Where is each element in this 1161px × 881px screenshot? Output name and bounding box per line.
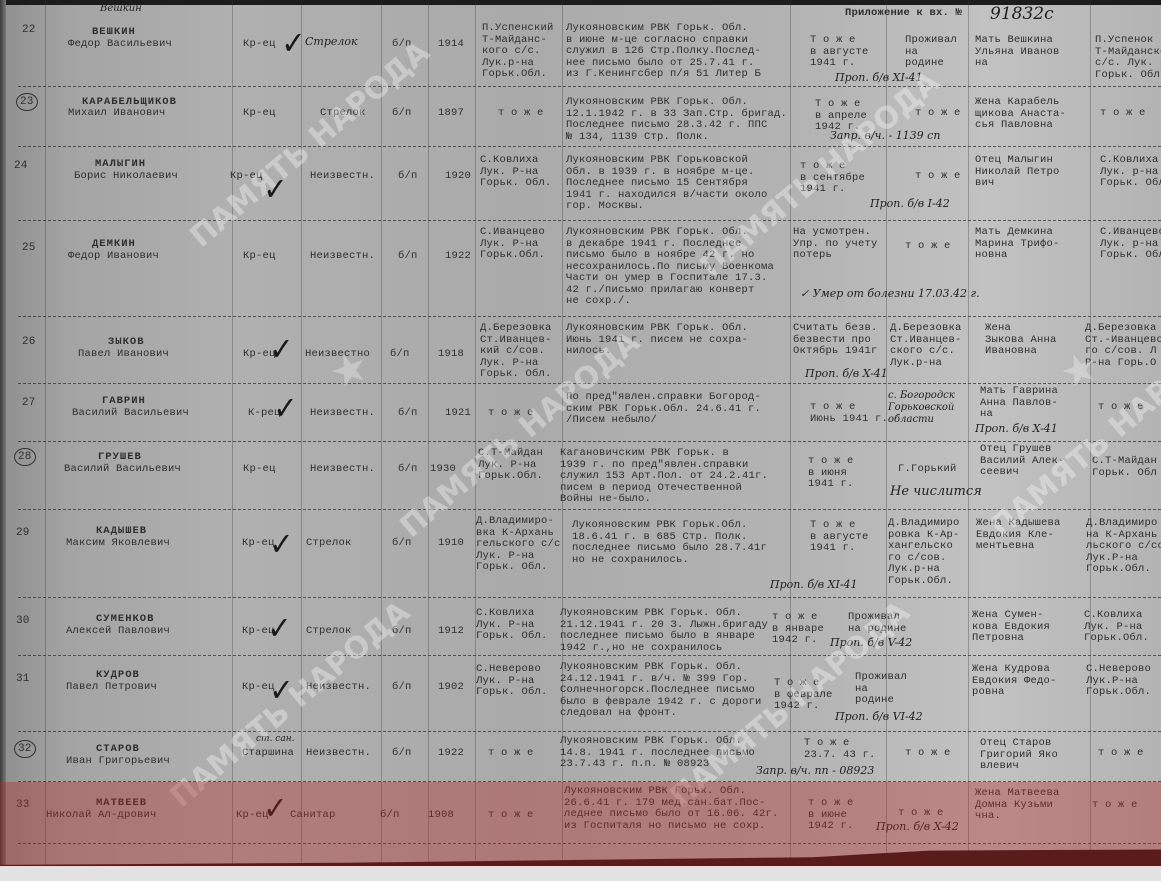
- surname: КУДРОВ: [96, 670, 140, 682]
- conscription-info: По пред"явлен.справки Богород- ским РВК …: [566, 392, 761, 427]
- relative-address: П.Успенок Т-Майданско с/с. Лук. р- Горьк…: [1095, 35, 1161, 81]
- checkmark-icon: ✓: [267, 612, 291, 644]
- party: б/п: [398, 408, 418, 420]
- party: б/п: [392, 108, 412, 120]
- birthplace: С.Ковлиха Лук. Р-на Горьк. Обл.: [476, 608, 548, 643]
- handwritten-annotation: ✓ Умер от болезни 17.03.42 г.: [800, 287, 980, 300]
- conscription-info: Лукояновским РВК Горьк. Обл. Июнь 1941 г…: [566, 323, 748, 358]
- missing-since: т о ж е в июня 1941 г.: [808, 456, 854, 491]
- relative: Мать Вешкина Ульяна Иванов на: [975, 35, 1060, 70]
- row-number: 31: [16, 674, 30, 686]
- checkmark-icon: ✓: [281, 27, 305, 59]
- relative-address: С.Неверово Лук.Р-на Горьк.Обл.: [1086, 664, 1151, 699]
- given-name: Павел Петрович: [66, 682, 157, 694]
- conscription-info: Лукояновским РВК Горьк. Обл. 24.12.1941 …: [560, 662, 762, 720]
- relative: Жена Кудрова Евдокия Федо- ровна: [972, 664, 1057, 699]
- relative: Жена Сумен- кова Евдокия Петровна: [972, 610, 1050, 645]
- checkmark-icon: ✓: [269, 674, 293, 706]
- table-row: 26 ЗЫКОВ Павел Иванович Кр-ец ✓ Неизвест…: [0, 317, 1161, 384]
- surname: ГАВРИН: [102, 396, 146, 408]
- specialty: Неизвестн.: [310, 464, 375, 476]
- specialty: Стрелок: [306, 626, 352, 638]
- surname: КАДЫШЕВ: [96, 526, 147, 538]
- missing-since: т о ж е в сентябре 1941 г.: [800, 161, 865, 196]
- last-address: т о ж е: [915, 108, 961, 120]
- conscription-info: Лукояновским РВК Горьк. Обл. 14.8. 1941 …: [560, 736, 755, 771]
- birthplace: П.Успенский Т-Майданс- кого с/с. Лук.р-н…: [482, 23, 554, 81]
- handwritten-annotation: Проп. б/в VI-42: [835, 710, 923, 723]
- missing-since: Т о ж е 23.7. 43 г.: [804, 738, 876, 761]
- table-row: 32 СТАРОВ Иван Григорьевич ст. сан. Стар…: [0, 732, 1161, 782]
- missing-since: Т о ж е в августе 1941 г.: [810, 520, 869, 555]
- rank: Кр-ец: [243, 39, 276, 51]
- party: б/п: [398, 171, 418, 183]
- specialty: Неизвестн.: [306, 682, 371, 694]
- row-number: 26: [22, 337, 36, 349]
- relative: Жена Кадышева Евдокия Кле- ментьевна: [976, 518, 1061, 553]
- row-number: 27: [22, 398, 36, 410]
- missing-since: т о ж е Июнь 1941 г.: [810, 402, 888, 425]
- relative-address: т о ж е: [1098, 748, 1144, 760]
- birthplace: С.Т-Майдан Лук. Р-на Горьк.Обл.: [478, 448, 543, 483]
- birthplace: С.Иванцево Лук. Р-на Горьк.Обл.: [480, 227, 545, 262]
- handwritten-annotation: Проп. б/в I-42: [870, 197, 950, 210]
- birth-year: 1921: [445, 408, 471, 420]
- conscription-info: Кагановичским РВК Горьк. в 1939 г. по пр…: [560, 448, 768, 506]
- conscription-info: Лукояновским РВК Горьковской Обл. в 1939…: [566, 155, 768, 213]
- birth-year: 1902: [438, 682, 464, 694]
- specialty: Неизвестн.: [310, 171, 375, 183]
- row-number: 24: [14, 161, 28, 173]
- birthplace: т о ж е: [498, 108, 544, 120]
- handwritten-annotation: Запр. в/ч. пп - 08923: [756, 764, 874, 777]
- birth-year: 1914: [438, 39, 464, 51]
- birthplace: С.Ковлиха Лук. Р-на Горьк. Обл.: [480, 155, 552, 190]
- relative-address: т о ж е: [1098, 402, 1144, 414]
- table-row: 30 СУМЕНКОВ Алексей Павлович Кр-ец ✓ Стр…: [0, 598, 1161, 656]
- missing-since: Считать безв. безвести про Октябрь 1941г: [793, 323, 878, 358]
- relative-address: Д.Владимиро на К-Архань льского с/со Лук…: [1086, 518, 1161, 576]
- relative: Отец Малыгин Николай Петро вич: [975, 155, 1060, 190]
- birthplace: т о ж е: [488, 748, 534, 760]
- party: б/п: [390, 349, 410, 361]
- rank: Кр-ец: [230, 171, 263, 183]
- handwritten-annotation: Проп. б/в XI-41: [835, 71, 923, 84]
- birth-year: 1912: [438, 626, 464, 638]
- relative: Жена Зыкова Анна Ивановна: [985, 323, 1057, 358]
- party: б/п: [392, 626, 412, 638]
- row-number: 23: [16, 93, 38, 111]
- table-row: 25 ДЕМКИН Федор Иванович Кр-ец Неизвестн…: [0, 221, 1161, 317]
- birthplace: т о ж е: [488, 408, 534, 420]
- table-row: 23 КАРАБЕЛЬЩИКОВ Михаил Иванович Кр-ец С…: [0, 87, 1161, 147]
- relative-address: С.Ковлиха Лук. р-на Горьк. Обл.: [1100, 155, 1161, 190]
- birth-year: 1922: [438, 748, 464, 760]
- conscription-info: Лукояновским РВК Горьк.Обл. 18.6.41 г. в…: [572, 520, 767, 566]
- last-address: т о ж е: [905, 748, 951, 760]
- specialty: Неизвестн.: [306, 748, 371, 760]
- surname: СТАРОВ: [96, 744, 140, 756]
- specialty: Стрелок: [320, 108, 366, 120]
- specialty: Неизвестн.: [310, 408, 375, 420]
- last-address: Проживал на родине: [848, 612, 907, 635]
- missing-since: т о ж е в январе 1942 г.: [772, 612, 824, 647]
- birth-year: 1920: [445, 171, 471, 183]
- table-row: 29 КАДЫШЕВ Максим Яковлевич Кр-ец ✓ Стре…: [0, 510, 1161, 598]
- relative-address: Д.Березовка Ст.-Иванцево го с/сов. Л Р-н…: [1085, 323, 1161, 369]
- birth-year: 1918: [438, 349, 464, 361]
- conscription-info: Лукояновским РВК Горьк. Обл. в июне м-це…: [566, 23, 761, 81]
- checkmark-icon: ✓: [269, 528, 293, 560]
- birth-year: 1897: [438, 108, 464, 120]
- handwritten-annotation: Проп. б/в X-41: [805, 367, 888, 380]
- handwritten-annotation: Проп. б/в V-42: [830, 636, 912, 649]
- specialty: Неизвестно: [305, 349, 370, 361]
- relative: Мать Демкина Марина Трифо- новна: [975, 227, 1060, 262]
- given-name: Иван Григорьевич: [66, 756, 170, 768]
- rank: Кр-ец: [243, 108, 276, 120]
- surname-correction: Вешкин: [100, 3, 142, 14]
- party: б/п: [398, 464, 418, 476]
- table-row: 24 МАЛЫГИН Борис Николаевич Кр-ец ✓ Неиз…: [0, 147, 1161, 221]
- table-row: 27 ГАВРИН Василий Васильевич К-рец ✓ Неи…: [0, 384, 1161, 442]
- specialty: Стрелок: [306, 538, 352, 550]
- last-address: Проживал на родине: [855, 672, 907, 707]
- last-address: Д.Березовка Ст.Иванцев- ского с/с. Лук.р…: [890, 323, 962, 369]
- last-address: т о ж е: [905, 241, 951, 253]
- birth-year: 1910: [438, 538, 464, 550]
- surname: МАЛЫГИН: [95, 159, 146, 171]
- surname: ЗЫКОВ: [108, 337, 145, 349]
- row-number: 28: [14, 448, 36, 466]
- rank: Кр-ец: [243, 251, 276, 263]
- relative: Жена Карабель щикова Анастa- сья Павловн…: [975, 97, 1066, 132]
- surname: ГРУШЕВ: [98, 452, 142, 464]
- given-name: Максим Яковлевич: [66, 538, 170, 550]
- handwritten-annotation: Проп. б/в X-41: [975, 422, 1058, 435]
- conscription-info: Лукояновским РВК Горьк. Обл. в декабре 1…: [566, 227, 774, 308]
- table-row: Вешкин 22 ВЕШКИН Федор Васильевич Кр-ец …: [0, 5, 1161, 87]
- last-address: Г.Горький: [898, 464, 957, 476]
- relative: Отец Грушев Василий Алек- сеевич: [980, 444, 1065, 479]
- table-row: 31 КУДРОВ Павел Петрович Кр-ец ✓ Неизвес…: [0, 656, 1161, 732]
- specialty: Стрелок: [305, 35, 358, 48]
- relative: Отец Старов Григорий Яко влевич: [980, 738, 1058, 773]
- given-name: Алексей Павлович: [66, 626, 170, 638]
- given-name: Михаил Иванович: [68, 108, 166, 120]
- checkmark-icon: ✓: [263, 173, 287, 205]
- handwritten-annotation: Запр. в/ч. - 1139 сп: [830, 129, 940, 142]
- party: б/п: [392, 538, 412, 550]
- birthplace: С.Неверово Лук. Р-на Горьк. Обл.: [476, 664, 548, 699]
- rank: Старшина: [242, 748, 294, 760]
- rank: Кр-ец: [243, 464, 276, 476]
- checkmark-icon: ✓: [269, 333, 293, 365]
- missing-since: Т о ж е в феврале 1942 г.: [774, 678, 833, 713]
- birthplace: Д.Владимиро- вка К-Архань гельского с/с …: [476, 516, 561, 574]
- last-address: с. Богородск Горьковской области: [888, 390, 955, 426]
- party: б/п: [392, 39, 412, 51]
- surname: СУМЕНКОВ: [96, 614, 154, 626]
- rank-note: ст. сан.: [256, 734, 295, 744]
- relative: Мать Гаврина Анна Павлов- на: [980, 386, 1058, 421]
- row-number: 25: [22, 243, 36, 255]
- handwritten-annotation: Не числится: [890, 484, 982, 499]
- relative-address: С.Ковлиха Лук. Р-на Горьк.Обл.: [1084, 610, 1149, 645]
- last-address: Проживал на родине: [905, 35, 957, 70]
- relative-address: С.Иванцево Лук. р-на Горьк. Обл.: [1100, 227, 1161, 262]
- given-name: Борис Николаевич: [74, 171, 178, 183]
- surname: ВЕШКИН: [92, 27, 136, 39]
- given-name: Василий Васильевич: [72, 408, 189, 420]
- relative-address: С.Т-Майдан Горьк. Обл: [1092, 456, 1157, 479]
- row-number: 22: [22, 25, 36, 37]
- given-name: Федор Иванович: [68, 251, 159, 263]
- handwritten-annotation: Проп. б/в XI-41: [770, 578, 858, 591]
- party: б/п: [392, 748, 412, 760]
- viewer-footer-strip: [0, 866, 1161, 881]
- missing-since: На усмотрен. Упр. по учету потерь: [793, 227, 878, 262]
- birth-year: 1930: [430, 464, 456, 476]
- surname: ДЕМКИН: [92, 239, 136, 251]
- table-row: 28 ГРУШЕВ Василий Васильевич Кр-ец Неизв…: [0, 442, 1161, 510]
- birth-year: 1922: [445, 251, 471, 263]
- relative-address: т о ж е: [1100, 108, 1146, 120]
- missing-since: Т о ж е в августе 1941 г.: [810, 35, 869, 70]
- row-number: 32: [14, 740, 36, 758]
- checkmark-icon: ✓: [273, 392, 297, 424]
- party: б/п: [398, 251, 418, 263]
- birthplace: Д.Березовка Ст.Иванцев- кий с/сов. Лук. …: [480, 323, 552, 381]
- given-name: Павел Иванович: [78, 349, 169, 361]
- party: б/п: [392, 682, 412, 694]
- conscription-info: Лукояновским РВК Горьк. Обл. 21.12.1941 …: [560, 608, 768, 654]
- conscription-info: Лукояновским РВК Горьк. Обл. 12.1.1942 г…: [566, 97, 787, 143]
- row-number: 30: [16, 616, 30, 628]
- given-name: Василий Васильевич: [64, 464, 181, 476]
- last-address: т о ж е: [915, 171, 961, 183]
- specialty: Неизвестн.: [310, 251, 375, 263]
- last-address: Д.Владимиро ровка К-Ар- хангельско го с/…: [888, 518, 960, 587]
- archive-document-page: Приложение к вх. № 91832с Вешкин 22 ВЕШК…: [0, 0, 1161, 866]
- given-name: Федор Васильевич: [68, 39, 172, 51]
- row-number: 29: [16, 528, 30, 540]
